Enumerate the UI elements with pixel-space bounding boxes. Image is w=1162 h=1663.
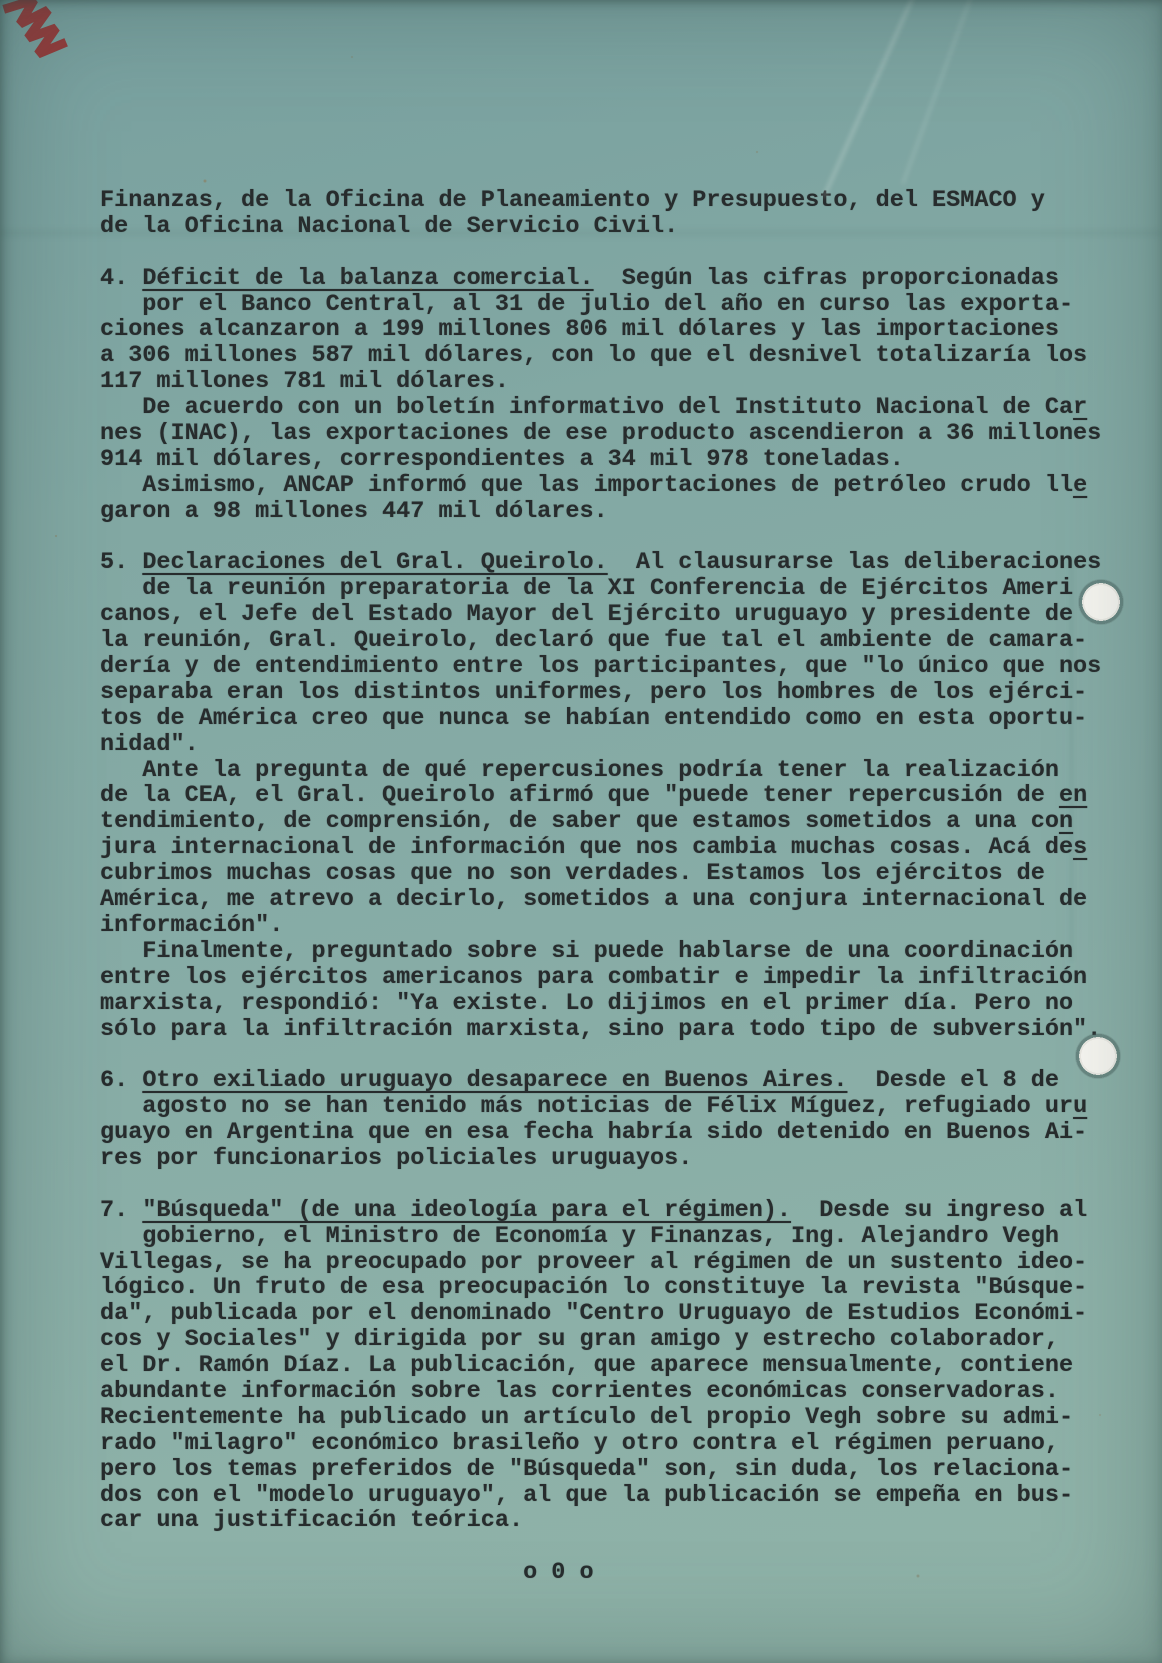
text-line: separaba eran los distintos uniformes, p… xyxy=(100,680,1101,706)
text-line xyxy=(100,1534,1101,1560)
text-line: 7. "Búsqueda" (de una ideología para el … xyxy=(100,1198,1101,1224)
text-line: De acuerdo con un boletín informativo de… xyxy=(100,395,1101,421)
text-segment: car una justificación teórica. xyxy=(100,1507,523,1534)
paper-crease xyxy=(822,0,916,198)
text-line: a 306 millones 587 mil dólares, con lo q… xyxy=(100,343,1101,369)
text-segment: Villegas, se ha preocupado por proveer a… xyxy=(100,1249,1087,1276)
text-line: pero los temas preferidos de "Búsqueda" … xyxy=(100,1457,1101,1483)
text-segment: 4. xyxy=(100,265,142,292)
text-segment: ciones alcanzaron a 199 millones 806 mil… xyxy=(100,316,1059,343)
underlined-text: s xyxy=(1073,834,1087,861)
text-segment: cos y Sociales" y dirigida por su gran a… xyxy=(100,1326,1059,1353)
text-segment: 117 millones 781 mil dólares. xyxy=(100,368,509,395)
text-segment: da", publicada por el denominado "Centro… xyxy=(100,1300,1087,1327)
text-line: de la CEA, el Gral. Queirolo afirmó que … xyxy=(100,783,1101,809)
text-line: abundante información sobre las corrient… xyxy=(100,1379,1101,1405)
text-line: Finalmente, preguntado sobre si puede ha… xyxy=(100,939,1101,965)
text-line: 914 mil dólares, correspondientes a 34 m… xyxy=(100,447,1101,473)
text-line: jura internacional de información que no… xyxy=(100,835,1101,861)
text-segment: Desde su ingreso al xyxy=(791,1197,1087,1224)
text-segment: marxista, respondió: "Ya existe. Lo diji… xyxy=(100,990,1073,1017)
underlined-text: Declaraciones del Gral. Queirolo. xyxy=(142,549,607,576)
text-line: 6. Otro exiliado uruguayo desaparece en … xyxy=(100,1068,1101,1094)
text-line: res por funcionarios policiales uruguayo… xyxy=(100,1146,1101,1172)
text-segment: De acuerdo con un boletín informativo de… xyxy=(100,394,1073,421)
document-text: Finanzas, de la Oficina de Planeamiento … xyxy=(100,188,1101,1586)
text-line: de la reunión preparatoria de la XI Conf… xyxy=(100,576,1101,602)
text-line: da", publicada por el denominado "Centro… xyxy=(100,1301,1101,1327)
text-segment: información". xyxy=(100,912,283,939)
text-segment: de la CEA, el Gral. Queirolo afirmó que … xyxy=(100,782,1059,809)
text-line: Asimismo, ANCAP informó que las importac… xyxy=(100,473,1101,499)
text-segment: 5. xyxy=(100,549,142,576)
paper-crease xyxy=(902,0,972,184)
text-segment: tendimiento, de comprensión, de saber qu… xyxy=(100,808,1059,835)
text-segment: entre los ejércitos americanos para comb… xyxy=(100,964,1087,991)
text-line: la reunión, Gral. Queirolo, declaró que … xyxy=(100,628,1101,654)
text-segment: sólo para la infiltración marxista, sino… xyxy=(100,1016,1101,1043)
underlined-text: "Búsqueda" (de una ideología para el rég… xyxy=(142,1197,791,1224)
text-line xyxy=(100,1172,1101,1198)
text-line: o 0 o xyxy=(100,1560,1101,1586)
text-segment: abundante información sobre las corrient… xyxy=(100,1378,1059,1405)
text-segment: res por funcionarios policiales uruguayo… xyxy=(100,1145,692,1172)
text-line: nidad". xyxy=(100,732,1101,758)
hole-punch-top xyxy=(1078,579,1124,625)
text-line: América, me atrevo a decirlo, sometidos … xyxy=(100,887,1101,913)
text-line: Ante la pregunta de qué repercusiones po… xyxy=(100,758,1101,784)
text-line: canos, el Jefe del Estado Mayor del Ejér… xyxy=(100,602,1101,628)
text-segment: lógico. Un fruto de esa preocupación lo … xyxy=(100,1274,1087,1301)
text-line: Recientemente ha publicado un artículo d… xyxy=(100,1405,1101,1431)
text-line: tos de América creo que nunca se habían … xyxy=(100,706,1101,732)
text-line: lógico. Un fruto de esa preocupación lo … xyxy=(100,1275,1101,1301)
text-line: 117 millones 781 mil dólares. xyxy=(100,369,1101,395)
text-segment: rado "milagro" económico brasileño y otr… xyxy=(100,1430,1059,1457)
text-line: garon a 98 millones 447 mil dólares. xyxy=(100,499,1101,525)
text-segment: Desde el 8 de xyxy=(847,1067,1059,1094)
text-segment: tos de América creo que nunca se habían … xyxy=(100,705,1087,732)
underlined-text: en xyxy=(1059,782,1087,809)
text-line: ciones alcanzaron a 199 millones 806 mil… xyxy=(100,317,1101,343)
text-line: Finanzas, de la Oficina de Planeamiento … xyxy=(100,188,1101,214)
text-segment: 6. xyxy=(100,1067,142,1094)
text-line xyxy=(100,1042,1101,1068)
underlined-text: Déficit de la balanza comercial. xyxy=(142,265,593,292)
text-segment: Según las cifras proporcionadas xyxy=(594,265,1059,292)
text-segment: la reunión, Gral. Queirolo, declaró que … xyxy=(100,627,1087,654)
text-line: agosto no se han tenido más noticias de … xyxy=(100,1094,1101,1120)
text-segment: Finanzas, de la Oficina de Planeamiento … xyxy=(100,187,1045,214)
text-segment: nes (INAC), las exportaciones de ese pro… xyxy=(100,420,1101,447)
text-line: 5. Declaraciones del Gral. Queirolo. Al … xyxy=(100,550,1101,576)
red-scribble-icon xyxy=(2,0,68,70)
text-line: cubrimos muchas cosas que no son verdade… xyxy=(100,861,1101,887)
text-segment: dería y de entendimiento entre los parti… xyxy=(100,653,1101,680)
text-segment: guayo en Argentina que en esa fecha habr… xyxy=(100,1119,1087,1146)
text-segment: gobierno, el Ministro de Economía y Fina… xyxy=(100,1223,1059,1250)
text-line xyxy=(100,240,1101,266)
text-line: de la Oficina Nacional de Servicio Civil… xyxy=(100,214,1101,240)
text-segment: garon a 98 millones 447 mil dólares. xyxy=(100,498,608,525)
text-line: cos y Sociales" y dirigida por su gran a… xyxy=(100,1327,1101,1353)
scanned-page: Finanzas, de la Oficina de Planeamiento … xyxy=(0,0,1162,1663)
text-line: por el Banco Central, al 31 de julio del… xyxy=(100,292,1101,318)
text-segment: dos con el "modelo uruguayo", al que la … xyxy=(100,1482,1073,1509)
text-segment: el Dr. Ramón Díaz. La publicación, que a… xyxy=(100,1352,1073,1379)
text-segment: Al clausurarse las deliberaciones xyxy=(608,549,1102,576)
text-line: el Dr. Ramón Díaz. La publicación, que a… xyxy=(100,1353,1101,1379)
text-segment: 7. xyxy=(100,1197,142,1224)
text-segment: por el Banco Central, al 31 de julio del… xyxy=(100,291,1073,318)
text-segment: agosto no se han tenido más noticias de … xyxy=(100,1093,1073,1120)
text-line: sólo para la infiltración marxista, sino… xyxy=(100,1017,1101,1043)
underlined-text: n xyxy=(1059,808,1073,835)
text-line xyxy=(100,525,1101,551)
text-line: información". xyxy=(100,913,1101,939)
text-line: dería y de entendimiento entre los parti… xyxy=(100,654,1101,680)
text-line: entre los ejércitos americanos para comb… xyxy=(100,965,1101,991)
text-segment: de la reunión preparatoria de la XI Conf… xyxy=(100,575,1073,602)
text-line: marxista, respondió: "Ya existe. Lo diji… xyxy=(100,991,1101,1017)
text-segment: Recientemente ha publicado un artículo d… xyxy=(100,1404,1073,1431)
text-line: gobierno, el Ministro de Economía y Fina… xyxy=(100,1224,1101,1250)
text-segment: nidad". xyxy=(100,731,199,758)
text-segment: o 0 o xyxy=(100,1559,594,1586)
text-line: 4. Déficit de la balanza comercial. Segú… xyxy=(100,266,1101,292)
text-line: Villegas, se ha preocupado por proveer a… xyxy=(100,1250,1101,1276)
underlined-text: u xyxy=(1073,1093,1087,1120)
text-segment: jura internacional de información que no… xyxy=(100,834,1073,861)
text-line: nes (INAC), las exportaciones de ese pro… xyxy=(100,421,1101,447)
text-segment: América, me atrevo a decirlo, sometidos … xyxy=(100,886,1087,913)
text-segment: de la Oficina Nacional de Servicio Civil… xyxy=(100,213,678,240)
text-segment: Finalmente, preguntado sobre si puede ha… xyxy=(100,938,1073,965)
text-line: dos con el "modelo uruguayo", al que la … xyxy=(100,1483,1101,1509)
text-segment: 914 mil dólares, correspondientes a 34 m… xyxy=(100,446,904,473)
text-segment: separaba eran los distintos uniformes, p… xyxy=(100,679,1087,706)
text-segment: canos, el Jefe del Estado Mayor del Ejér… xyxy=(100,601,1073,628)
text-line: guayo en Argentina que en esa fecha habr… xyxy=(100,1120,1101,1146)
underlined-text: Otro exiliado uruguayo desaparece en Bue… xyxy=(142,1067,847,1094)
text-segment: Ante la pregunta de qué repercusiones po… xyxy=(100,757,1059,784)
underlined-text: r xyxy=(1073,394,1087,421)
text-segment: pero los temas preferidos de "Búsqueda" … xyxy=(100,1456,1073,1483)
text-line: rado "milagro" económico brasileño y otr… xyxy=(100,1431,1101,1457)
underlined-text: e xyxy=(1073,472,1087,499)
text-line: tendimiento, de comprensión, de saber qu… xyxy=(100,809,1101,835)
hole-punch-bottom xyxy=(1075,1033,1121,1079)
text-line: car una justificación teórica. xyxy=(100,1508,1101,1534)
text-segment: a 306 millones 587 mil dólares, con lo q… xyxy=(100,342,1087,369)
text-segment: Asimismo, ANCAP informó que las importac… xyxy=(100,472,1073,499)
text-segment: cubrimos muchas cosas que no son verdade… xyxy=(100,860,1045,887)
